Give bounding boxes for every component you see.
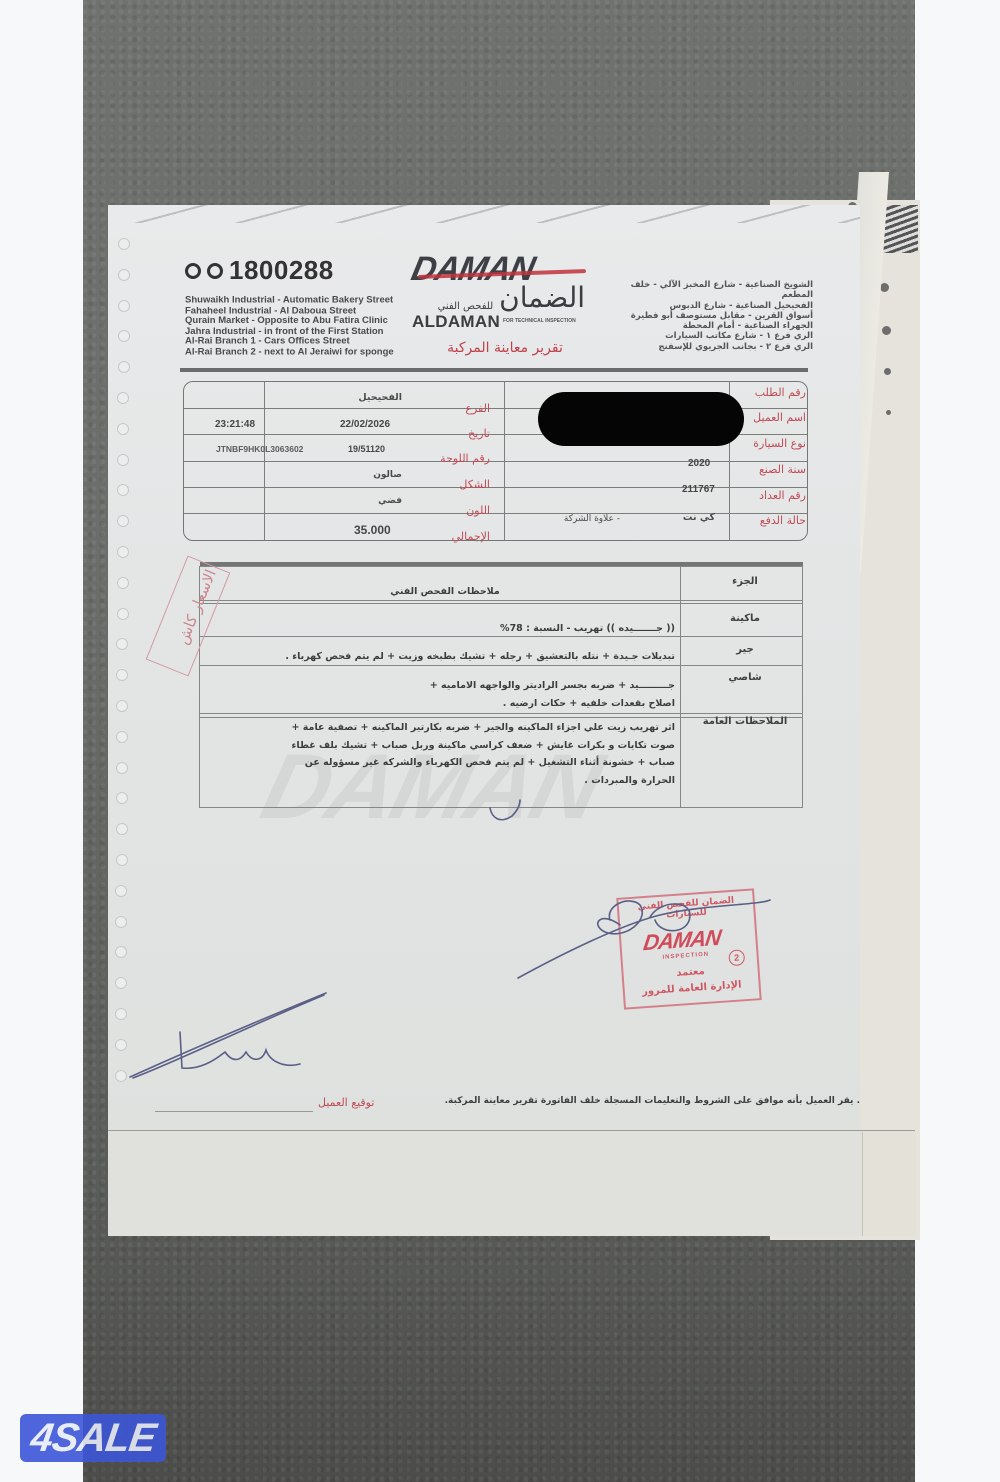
signatures xyxy=(0,0,1000,1200)
customer-signature-label: توقيع العميل xyxy=(318,1096,374,1109)
signature-line xyxy=(155,1111,313,1112)
4sale-logo-badge[interactable]: 4SALE xyxy=(20,1414,166,1462)
terms-agreement: . يقر العميل بأنه موافق على الشروط والتع… xyxy=(420,1096,860,1106)
